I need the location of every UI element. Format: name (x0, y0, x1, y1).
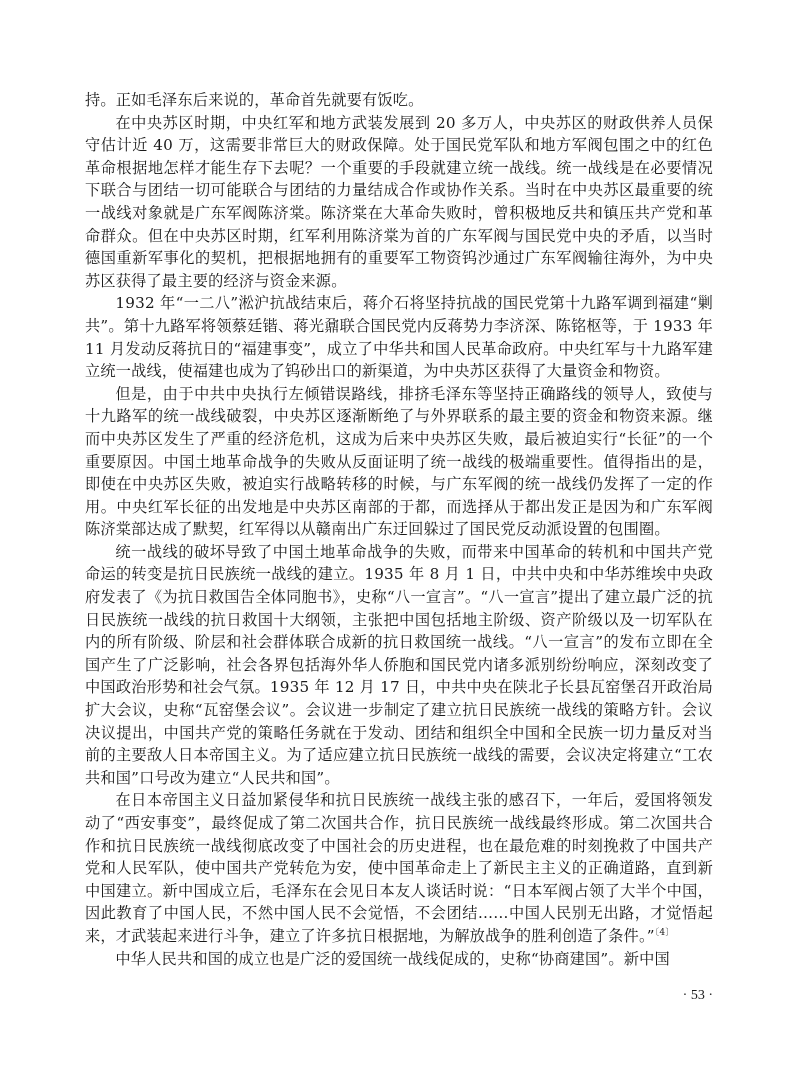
paragraph-central-soviet-finance: 在中央苏区时期，中央红军和地方武装发展到 20 多万人，中央苏区的财政供养人员保… (85, 112, 713, 293)
paragraph-anti-japanese-united-front: 统一战线的破坏导致了中国土地革命战争的失败，而带来中国革命的转机和中国共产党命运… (85, 541, 713, 790)
page-number: · 53 · (640, 988, 713, 1004)
paragraph-text: 在日本帝国主义日益加紧侵华和抗日民族统一战线主张的感召下，一年后，爱国将领发动了… (85, 791, 713, 945)
paragraph-continuation: 持。正如毛泽东后来说的，革命首先就要有饭吃。 (85, 89, 713, 112)
paragraph-founding-prc: 中华人民共和国的成立也是广泛的爱国统一战线促成的，史称“协商建国”。新中国 (85, 948, 713, 971)
document-page: 持。正如毛泽东后来说的，革命首先就要有饭吃。 在中央苏区时期，中央红军和地方武装… (85, 89, 713, 970)
paragraph-fujian-incident: 1932 年“一二八”淞沪抗战结束后，蒋介石将坚持抗战的国民党第十九路军调到福建… (85, 292, 713, 382)
footnote-marker: 〔4〕 (655, 928, 675, 938)
paragraph-united-front-rupture: 但是，由于中共中央执行左倾错误路线，排挤毛泽东等坚持正确路线的领导人，致使与十九… (85, 383, 713, 541)
paragraph-xian-incident: 在日本帝国主义日益加紧侵华和抗日民族统一战线主张的感召下，一年后，爱国将领发动了… (85, 789, 713, 947)
